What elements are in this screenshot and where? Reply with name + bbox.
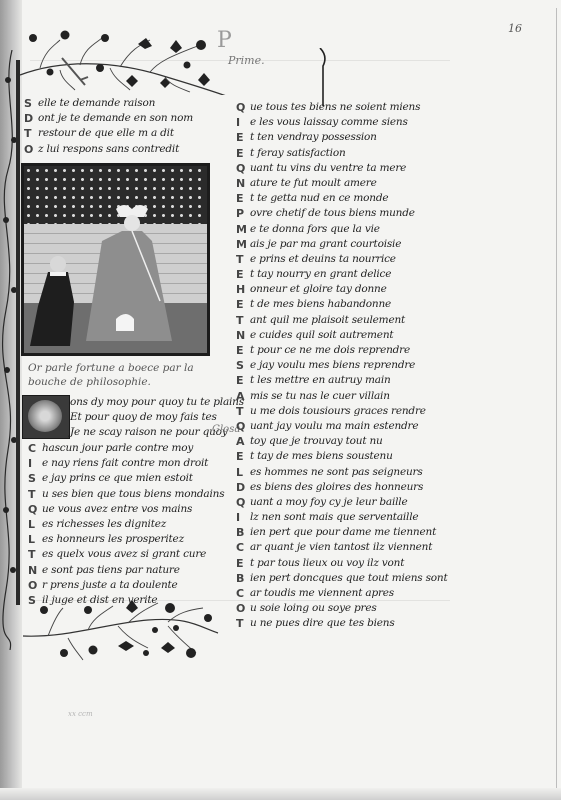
verse-line: ons dy moy pour quoy tu te plains bbox=[70, 395, 244, 410]
verse-line: Tu me dois tousiours graces rendre bbox=[236, 404, 448, 419]
verse-line: Et de mes biens habandonne bbox=[236, 297, 448, 312]
fortune-figure-icon bbox=[86, 201, 181, 346]
verse-line: Ie les vous laissay comme siens bbox=[236, 115, 448, 130]
verse-line: Tu ne pues dire que tes biens bbox=[236, 616, 448, 631]
verse-line: Car toudis me viennent apres bbox=[236, 586, 448, 601]
verse-line: Et ten vendray possession bbox=[236, 130, 448, 145]
page-edge bbox=[556, 8, 557, 788]
verse-line: Les hommes ne sont pas seigneurs bbox=[236, 465, 448, 480]
left-column-top: Selle te demande raison Dont je te deman… bbox=[24, 96, 193, 157]
verse-line: Nature te fut moult amere bbox=[236, 176, 448, 191]
verse-line: Amis se tu nas le cuer villain bbox=[236, 389, 448, 404]
bottom-edge-shadow bbox=[0, 788, 561, 800]
vine-border-top-icon bbox=[0, 20, 240, 95]
folio-number: 16 bbox=[508, 22, 522, 35]
verse-line: Selle te demande raison bbox=[24, 96, 193, 111]
verse-line: Se jay voulu mes biens reprendre bbox=[236, 358, 448, 373]
verse-line: Bien pert que pour dame me tiennent bbox=[236, 525, 448, 540]
verse-line: Que vous avez entre vos mains bbox=[28, 502, 224, 517]
verse-line: Et feray satisfaction bbox=[236, 146, 448, 161]
rubric-caption: Or parle fortune a boece par la bouche d… bbox=[28, 361, 228, 389]
verse-line: Or prens juste a ta doulente bbox=[28, 578, 224, 593]
verse-line: Te prins et deuins ta nourrice bbox=[236, 252, 448, 267]
verse-line: Ne sont pas tiens par nature bbox=[28, 563, 224, 578]
verse-line: Trestour de que elle m a dit bbox=[24, 126, 193, 141]
verse-line: Tant quil me plaisoit seulement bbox=[236, 313, 448, 328]
verse-line: Et tay nourry en grant delice bbox=[236, 267, 448, 282]
left-column-bottom: Chascun jour parle contre moy Ie nay rie… bbox=[28, 441, 224, 608]
verse-line: Et pour ce ne me dois reprendre bbox=[236, 343, 448, 358]
border-bar bbox=[16, 60, 20, 605]
verse-line: Et tay de mes biens soustenu bbox=[236, 449, 448, 464]
verse-line: Ie nay riens fait contre mon droit bbox=[28, 456, 224, 471]
kneeling-figure-icon bbox=[28, 254, 76, 349]
verse-line: Se jay prins ce que mien estoit bbox=[28, 471, 224, 486]
verse-line: Quant tu vins du ventre ta mere bbox=[236, 161, 448, 176]
verse-line: Ne cuides quil soit autrement bbox=[236, 328, 448, 343]
verse-line: Quant a moy foy cy je leur baille bbox=[236, 495, 448, 510]
verse-line: Povre chetif de tous biens munde bbox=[236, 206, 448, 221]
verse-line: Honneur et gloire tay donne bbox=[236, 282, 448, 297]
verse-line: Ilz nen sont mais que serventaille bbox=[236, 510, 448, 525]
verse-line: Et par tous lieux ou voy ilz vont bbox=[236, 556, 448, 571]
flourished-letter-icon bbox=[318, 48, 328, 106]
verse-line: Me te donna fors que la vie bbox=[236, 222, 448, 237]
verse-line: Les honneurs les prosperitez bbox=[28, 532, 224, 547]
manuscript-page: 16 P Prime. Selle te demande r bbox=[0, 0, 561, 800]
verse-line: Atoy que je trouvay tout nu bbox=[236, 434, 448, 449]
rubric-initial: P bbox=[217, 28, 232, 53]
vine-border-bottom-icon bbox=[18, 598, 223, 668]
verse-line: Car quant je vien tantost ilz viennent bbox=[236, 540, 448, 555]
verse-line: Les richesses les dignitez bbox=[28, 517, 224, 532]
verse-line: Mais je par ma grant courtoisie bbox=[236, 237, 448, 252]
rubric-heading: Prime. bbox=[228, 54, 265, 67]
verse-line: Dont je te demande en son nom bbox=[24, 111, 193, 126]
decorated-initial bbox=[22, 395, 70, 439]
verse-line: Oz lui respons sans contredit bbox=[24, 142, 193, 157]
initial-ornament-icon bbox=[28, 400, 62, 432]
verse-line: Tu ses bien que tous biens mondains bbox=[28, 487, 224, 502]
miniature-illustration bbox=[21, 163, 210, 356]
verse-line: Quant jay voulu ma main estendre bbox=[236, 419, 448, 434]
right-column: Que tous tes biens ne soient miens Ie le… bbox=[236, 100, 448, 632]
pencil-note: xx ccm bbox=[68, 710, 93, 718]
verse-line: Et te getta nud en ce monde bbox=[236, 191, 448, 206]
verse-line: Des biens des gloires des honneurs bbox=[236, 480, 448, 495]
verse-line: Tes quelx vous avez si grant cure bbox=[28, 547, 224, 562]
verse-line: Bien pert doncques que tout miens sont bbox=[236, 571, 448, 586]
verse-line: Et les mettre en autruy main bbox=[236, 373, 448, 388]
verse-line: Ou soie loing ou soye pres bbox=[236, 601, 448, 616]
verse-line: Que tous tes biens ne soient miens bbox=[236, 100, 448, 115]
verse-line: Chascun jour parle contre moy bbox=[28, 441, 224, 456]
